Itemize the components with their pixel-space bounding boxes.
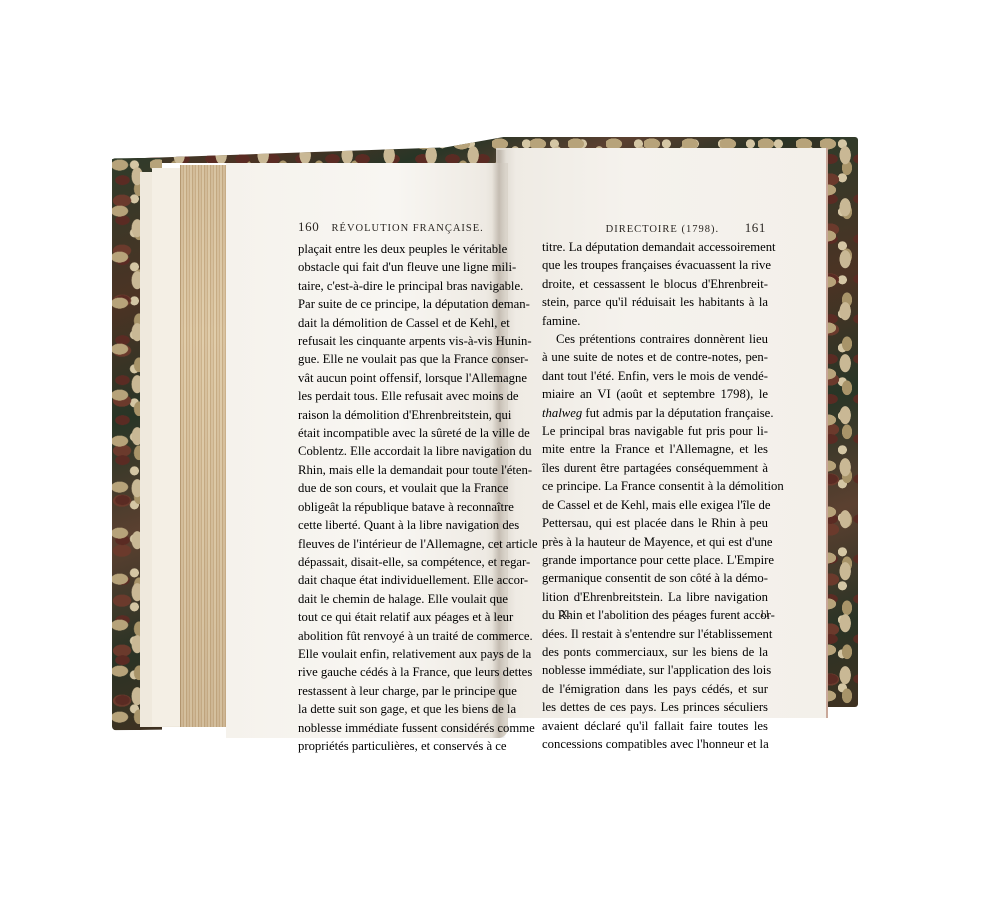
signature-volume: X. bbox=[560, 608, 571, 620]
right-running-title: DIRECTOIRE (1798). bbox=[606, 224, 719, 235]
text-line: famine. bbox=[542, 312, 768, 330]
text-line: miaire an VI (août et septembre 1798), l… bbox=[542, 385, 768, 403]
text-line: les dettes de ces pays. Les princes sécu… bbox=[542, 698, 768, 716]
right-running-head: DIRECTOIRE (1798). 161 bbox=[580, 220, 766, 236]
signature-number: 11 bbox=[759, 608, 770, 620]
text-line: des ponts commerciaux, sur les biens de … bbox=[542, 643, 768, 661]
text-line: ce principe. La France consentit à la dé… bbox=[542, 477, 768, 495]
text-line: rive gauche cédés à la France, que leurs… bbox=[298, 663, 500, 681]
right-page-body: titre. La députation demandait accessoir… bbox=[542, 238, 768, 753]
text-line: Ces prétentions contraires donnèrent lie… bbox=[542, 330, 768, 348]
text-line: était incompatible avec la sûreté de la … bbox=[298, 424, 500, 442]
text-line: dait le chemin de halage. Elle voulait q… bbox=[298, 590, 500, 608]
text-line: Elle voulait enfin, relativement aux pay… bbox=[298, 645, 500, 663]
text-line: taire, c'est-à-dire le principal bras na… bbox=[298, 277, 500, 295]
text-line: Coblentz. Elle accordait la libre naviga… bbox=[298, 442, 500, 460]
text-line: obligeât la république batave à reconnaî… bbox=[298, 498, 500, 516]
text-line: dépassait, disait-elle, sa compétence, e… bbox=[298, 553, 500, 571]
fore-edge-shading bbox=[180, 165, 228, 727]
text-line: cette liberté. Quant à la libre navigati… bbox=[298, 516, 500, 534]
text-line: refusait les cinquante arpents vis-à-vis… bbox=[298, 332, 500, 350]
text-line: grande importance pour cette place. L'Em… bbox=[542, 551, 768, 569]
left-page-body: plaçait entre les deux peuples le vérita… bbox=[298, 240, 500, 755]
left-running-head: 160 RÉVOLUTION FRANÇAISE. bbox=[298, 219, 496, 235]
text-line: de Cassel et de Kehl, mais elle exigea l… bbox=[542, 496, 768, 514]
text-line: noblesse immédiate, sur l'application de… bbox=[542, 661, 768, 679]
text-line: abolition fût renvoyé à un traité de com… bbox=[298, 627, 500, 645]
text-line: Par suite de ce principe, la députation … bbox=[298, 295, 500, 313]
text-line: lition d'Ehrenbreitstein. La libre navig… bbox=[542, 588, 768, 606]
text-line: avaient déclaré qu'il fallait faire tout… bbox=[542, 717, 768, 735]
open-book: 160 RÉVOLUTION FRANÇAISE. DIRECTOIRE (17… bbox=[0, 0, 1000, 900]
text-line: îles durent être partagées conséquemment… bbox=[542, 459, 768, 477]
text-line: propriétés particulières, et conservés à… bbox=[298, 737, 500, 755]
text-line: concessions compatibles avec l'honneur e… bbox=[542, 735, 768, 753]
text-line: due de son cours, et voulait que la Fran… bbox=[298, 479, 500, 497]
text-line: dait chaque état individuellement. Elle … bbox=[298, 571, 500, 589]
text-line: Le principal bras navigable fut pris pou… bbox=[542, 422, 768, 440]
text-line: plaçait entre les deux peuples le vérita… bbox=[298, 240, 500, 258]
text-line-with-italic: thalweg fut admis par la députation fran… bbox=[542, 404, 768, 422]
text-line: gue. Elle ne voulait pas que la France c… bbox=[298, 350, 500, 368]
text-line: de l'émigration dans les pays cédés, et … bbox=[542, 680, 768, 698]
text-line: Pettersau, qui est placée dans le Rhin à… bbox=[542, 514, 768, 532]
left-running-title: RÉVOLUTION FRANÇAISE. bbox=[332, 223, 484, 234]
text-line: dait la démolition de Cassel et de Kehl,… bbox=[298, 314, 500, 332]
right-page-number: 161 bbox=[745, 220, 766, 236]
text-line: fleuves de l'intérieur de l'Allemagne, c… bbox=[298, 535, 500, 553]
text-line: mite entre la France et l'Allemagne, et … bbox=[542, 440, 768, 458]
text-line: tout ce qui était relatif aux péages et … bbox=[298, 608, 500, 626]
text-line: Rhin, mais elle la demandait pour toute … bbox=[298, 461, 500, 479]
text-line: la dette suit son gage, et que les biens… bbox=[298, 700, 500, 718]
text-line: raison la démolition d'Ehrenbreitstein, … bbox=[298, 406, 500, 424]
text-line: obstacle qui fait d'un fleuve une ligne … bbox=[298, 258, 500, 276]
text-line-rest: fut admis par la députation française. bbox=[582, 406, 773, 420]
text-line: titre. La députation demandait accessoir… bbox=[542, 238, 768, 256]
text-line: près à la hauteur de Mayence, et qui est… bbox=[542, 533, 768, 551]
text-line: stein, parce qu'il réduisait les habitan… bbox=[542, 293, 768, 311]
text-line: à une suite de notes et de contre-notes,… bbox=[542, 348, 768, 366]
text-line: restassent à leur charge, par le princip… bbox=[298, 682, 500, 700]
text-line: droite, et cessassent le blocus d'Ehrenb… bbox=[542, 275, 768, 293]
printer-signature: X. 11 bbox=[560, 608, 770, 620]
text-line: que les troupes françaises évacuassent l… bbox=[542, 256, 768, 274]
text-line: vât aucun point offensif, lorsque l'Alle… bbox=[298, 369, 500, 387]
text-line: les perdait tous. Elle refusait avec moi… bbox=[298, 387, 500, 405]
text-line: germanique consentit de son côté à la dé… bbox=[542, 569, 768, 587]
text-line: dées. Il restait à s'entendre sur l'étab… bbox=[542, 625, 768, 643]
text-line: noblesse immédiate fussent considérés co… bbox=[298, 719, 500, 737]
text-line: dant tout l'été. Enfin, vers le mois de … bbox=[542, 367, 768, 385]
left-page-number: 160 bbox=[298, 219, 319, 235]
italic-term: thalweg bbox=[542, 406, 582, 420]
